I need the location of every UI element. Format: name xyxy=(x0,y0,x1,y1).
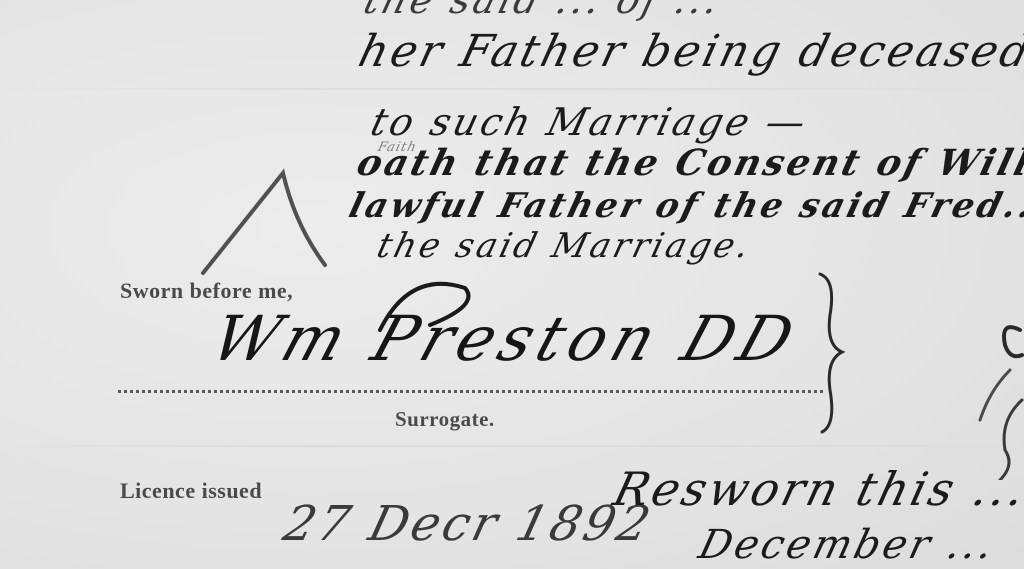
curly-brace-icon xyxy=(812,270,852,435)
sworn-before-me-label: Sworn before me, xyxy=(120,278,293,304)
licence-issued-date: 27 Decr 1892 xyxy=(278,496,658,552)
margin-handwriting-fragment-icon xyxy=(960,300,1024,480)
resworn-note-line-1: Resworn this ... xyxy=(608,462,1024,516)
handwritten-line-3: oath that the Consent of Willi... xyxy=(353,142,1024,184)
surrogate-signature: Wm Preston DD xyxy=(203,302,808,375)
handwritten-line-2: to such Marriage — xyxy=(367,100,814,144)
resworn-note-line-2: December ... xyxy=(694,522,1000,568)
document-page: the said ... of ... her Father being dec… xyxy=(0,0,1024,569)
licence-issued-label: Licence issued xyxy=(120,478,262,504)
signature-line xyxy=(118,390,823,393)
inserted-word: Faith xyxy=(376,140,418,155)
handwritten-line-4: lawful Father of the said Fred... xyxy=(345,186,1024,226)
surrogate-label: Surrogate. xyxy=(395,407,495,432)
caret-insertion-mark-icon xyxy=(195,155,335,280)
handwritten-line-5: the said Marriage. xyxy=(373,226,756,266)
paper-fold-line xyxy=(0,88,1024,90)
handwritten-line-1: her Father being deceased xyxy=(354,26,1024,77)
handwritten-line-partial: the said ... of ... xyxy=(360,0,727,22)
paper-fold-line xyxy=(0,445,1024,447)
